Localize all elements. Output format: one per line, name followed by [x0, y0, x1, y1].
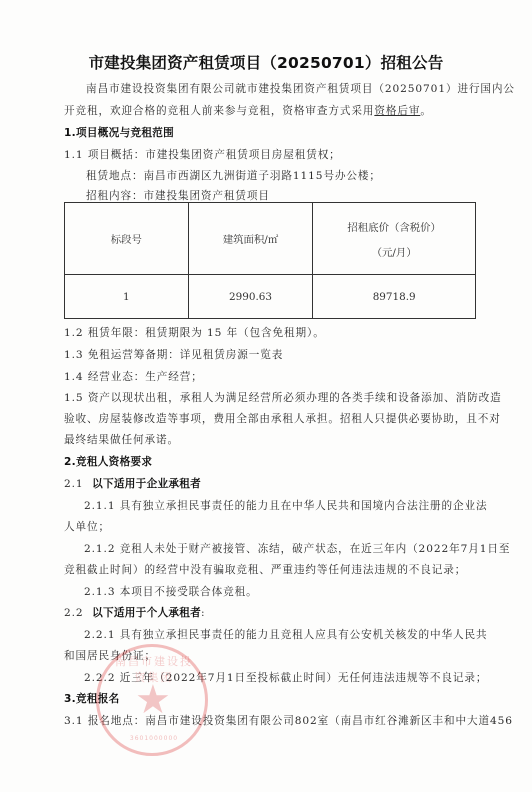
header-floor-area: 建筑面积/㎡	[188, 203, 313, 275]
requirement-line: 竞租截止时间）的经营中没有骗取竞租、严重违约等任何违法违规的不良记录；	[64, 563, 482, 577]
section-1-item: 1.2 租赁年限：租赁期限为 15 年（包含免租期）。	[64, 326, 482, 340]
subsection-2-2-heading: 2.2 以下适用于个人承租者:	[64, 606, 482, 620]
intro-line-2: 开竞租，欢迎合格的竞租人前来参与竞租，资格审查方式采用资格后审。	[64, 104, 482, 118]
subsection-suffix: :	[201, 607, 205, 619]
document-page: 市建投集团资产租赁项目（20250701）招租公告 南昌市建设投资集团有限公司就…	[0, 0, 532, 792]
requirement-line: 2.1.1 具有独立承担民事责任的能力且在中华人民共和国境内合法注册的企业法	[84, 499, 482, 513]
requirement-line: 和国居民身份证；	[64, 649, 482, 663]
subsection-number: 2.2	[64, 607, 84, 619]
registration-line: 3.1 报名地点：南昌市建设投资集团有限公司802室（南昌市红谷滩新区丰和中大道…	[64, 714, 482, 728]
subsection-2-1-heading: 2.1 以下适用于企业承租者	[64, 477, 482, 491]
header-lot-number: 标段号	[65, 203, 189, 275]
section-1-item: 招租内容：市建投集团资产租赁项目	[86, 189, 482, 203]
document-title: 市建投集团资产租赁项目（20250701）招租公告	[0, 51, 532, 73]
section-1-item: 1.1 项目概括：市建投集团资产租赁项目房屋租赁权；	[64, 148, 482, 162]
section-1-item: 1.5 资产以现状出租，承租人为满足经营所必须办理的各类手续和设备添加、消防改造	[64, 391, 482, 405]
cell-floor-area: 2990.63	[188, 275, 313, 319]
requirement-line: 2.2.1 具有独立承担民事责任的能力且竞租人应具有公安机关核发的中华人民共	[84, 628, 482, 642]
cell-lot-number: 1	[65, 275, 189, 319]
subsection-title: 以下适用于个人承租者	[92, 607, 201, 619]
subsection-number: 2.1	[64, 478, 84, 490]
section-1-item: 1.4 经营业态：生产经营；	[64, 370, 482, 384]
section-3-heading: 3.竞租报名	[64, 692, 482, 706]
section-1-item: 验收、房屋装修改造等事项，费用全部由承租人承担。招租人只提供必要协助，且不对	[64, 412, 482, 426]
requirement-line: 2.1.2 竞租人未处于财产被接管、冻结，破产状态，在近三年内（2022年7月1…	[84, 542, 482, 556]
section-1-item: 1.3 免租运营筹备期：详见租赁房源一览表	[64, 348, 482, 362]
section-2-heading: 2.竞租人资格要求	[64, 455, 482, 469]
seal-number: 3601000000	[121, 735, 187, 742]
qualification-review-method: 资格后审	[374, 105, 420, 117]
header-reserve-price-unit: （元/月）	[313, 244, 475, 259]
intro-line-2-text: 开竞租，欢迎合格的竞租人前来参与竞租，资格审查方式采用	[64, 105, 374, 117]
table-row: 1 2990.63 89718.9	[65, 275, 476, 319]
section-1-item: 最终结果做任何承诺。	[64, 433, 482, 447]
intro-line-2-end: 。	[420, 105, 432, 117]
header-reserve-price: 招租底价（含税价） （元/月）	[313, 203, 476, 275]
section-1-heading: 1.项目概况与竞租范围	[64, 126, 482, 140]
header-reserve-price-label: 招租底价（含税价）	[347, 222, 441, 234]
section-1-item: 租赁地点：南昌市西湖区九洲街道子羽路1115号办公楼；	[86, 169, 482, 183]
cell-reserve-price: 89718.9	[313, 275, 476, 319]
intro-line-1: 南昌市建设投资集团有限公司就市建投集团资产租赁项目（20250701）进行国内公	[86, 82, 482, 96]
subsection-title: 以下适用于企业承租者	[92, 478, 201, 490]
rental-lots-table: 标段号 建筑面积/㎡ 招租底价（含税价） （元/月） 1 2990.63 897…	[64, 202, 476, 319]
table-header-row: 标段号 建筑面积/㎡ 招租底价（含税价） （元/月）	[65, 203, 476, 275]
requirement-line: 2.2.2 近三年（2022年7月1日至投标截止时间）无任何违法违规等不良记录；	[84, 671, 482, 685]
requirement-line: 2.1.3 本项目不接受联合体竞租。	[84, 585, 482, 599]
requirement-line: 人单位；	[64, 520, 482, 534]
